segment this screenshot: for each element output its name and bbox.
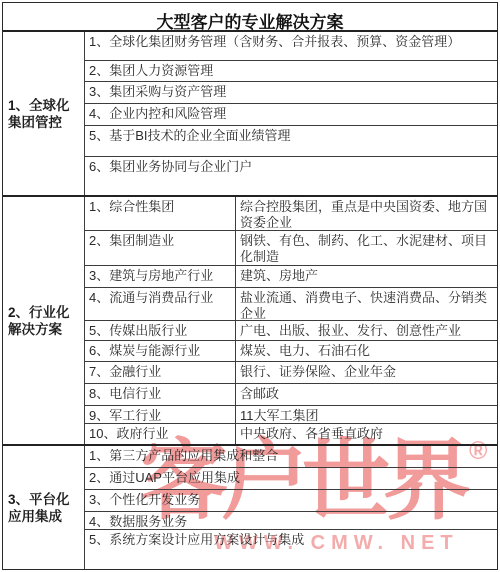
industry-name: 5、传媒出版行业 <box>85 321 235 340</box>
table-row: 3、建筑与房地产行业 建筑、房地产 <box>85 266 497 288</box>
table-row: 3、个性化开发业务 <box>85 490 497 512</box>
table-row: 9、军工行业 11大军工集团 <box>85 406 497 424</box>
solution-item: 3、集团采购与资产管理 <box>85 82 497 103</box>
solution-item: 1、全球化集团财务管理（含财务、合并报表、预算、资金管理） <box>85 32 497 60</box>
section-platform-integration: 3、平台化应用集成 1、第三方产品的应用集成和整合 2、通过UAP平台应用集成 … <box>3 446 497 569</box>
solution-item: 5、系统方案设计应用方案设计与集成 <box>85 530 497 569</box>
industry-detail: 广电、出版、报业、发行、创意性产业 <box>235 321 497 340</box>
table-row: 1、综合性集团 综合控股集团，重点是中央国资委、地方国资委企业 <box>85 197 497 231</box>
industry-detail: 中央政府、各省垂直政府 <box>235 424 497 444</box>
section-global-group-control: 1、全球化集团管控 1、全球化集团财务管理（含财务、合并报表、预算、资金管理） … <box>3 32 497 197</box>
industry-name: 9、军工行业 <box>85 406 235 423</box>
industry-name: 7、金融行业 <box>85 362 235 383</box>
page: 客户世界 ® WWW. CMW. NET 大型客户的专业解决方案 1、全球化集团… <box>0 0 500 572</box>
industry-name: 6、煤炭与能源行业 <box>85 341 235 361</box>
table-row: 4、企业内控和风险管理 <box>85 104 497 126</box>
industry-detail: 钢铁、有色、制药、化工、水泥建材、项目化制造 <box>235 231 497 265</box>
industry-name: 10、政府行业 <box>85 424 235 444</box>
industry-detail: 银行、证券保险、企业年金 <box>235 362 497 383</box>
table-row: 7、金融行业 银行、证券保险、企业年金 <box>85 362 497 384</box>
solution-item: 1、第三方产品的应用集成和整合 <box>85 446 497 467</box>
industry-detail: 煤炭、电力、石油石化 <box>235 341 497 361</box>
section-1-rows: 1、全球化集团财务管理（含财务、合并报表、预算、资金管理） 2、集团人力资源管理… <box>85 32 497 195</box>
section-industry-solutions: 2、行业化解决方案 1、综合性集团 综合控股集团，重点是中央国资委、地方国资委企… <box>3 197 497 446</box>
industry-detail: 建筑、房地产 <box>235 266 497 287</box>
solution-item: 6、集团业务协同与企业门户 <box>85 157 497 195</box>
table-row: 8、电信行业 含邮政 <box>85 384 497 406</box>
table-row: 2、集团人力资源管理 <box>85 61 497 82</box>
industry-name: 2、集团制造业 <box>85 231 235 265</box>
table-row: 6、集团业务协同与企业门户 <box>85 157 497 195</box>
table-row: 2、集团制造业 钢铁、有色、制药、化工、水泥建材、项目化制造 <box>85 231 497 266</box>
section-3-rows: 1、第三方产品的应用集成和整合 2、通过UAP平台应用集成 3、个性化开发业务 … <box>85 446 497 569</box>
industry-name: 1、综合性集团 <box>85 197 235 230</box>
solution-item: 5、基于BI技术的企业全面业绩管理 <box>85 126 497 156</box>
table-row: 5、系统方案设计应用方案设计与集成 <box>85 530 497 569</box>
table-row: 4、数据服务业务 <box>85 512 497 530</box>
solutions-table: 大型客户的专业解决方案 1、全球化集团管控 1、全球化集团财务管理（含财务、合并… <box>2 2 498 570</box>
industry-name: 8、电信行业 <box>85 384 235 405</box>
industry-detail: 11大军工集团 <box>235 406 497 423</box>
section-1-label-cell: 1、全球化集团管控 <box>3 32 85 195</box>
section-2-rows: 1、综合性集团 综合控股集团，重点是中央国资委、地方国资委企业 2、集团制造业 … <box>85 197 497 444</box>
solution-item: 4、企业内控和风险管理 <box>85 104 497 125</box>
table-title: 大型客户的专业解决方案 <box>3 3 497 32</box>
solution-item: 2、集团人力资源管理 <box>85 61 497 81</box>
section-3-label-cell: 3、平台化应用集成 <box>3 446 85 569</box>
section-1-label: 1、全球化集团管控 <box>3 97 74 131</box>
table-row: 1、全球化集团财务管理（含财务、合并报表、预算、资金管理） <box>85 32 497 61</box>
table-row: 5、基于BI技术的企业全面业绩管理 <box>85 126 497 157</box>
table-row: 1、第三方产品的应用集成和整合 <box>85 446 497 468</box>
table-row: 10、政府行业 中央政府、各省垂直政府 <box>85 424 497 444</box>
industry-detail: 含邮政 <box>235 384 497 405</box>
table-row: 6、煤炭与能源行业 煤炭、电力、石油石化 <box>85 341 497 362</box>
industry-name: 3、建筑与房地产行业 <box>85 266 235 287</box>
table-row: 3、集团采购与资产管理 <box>85 82 497 104</box>
industry-detail: 综合控股集团，重点是中央国资委、地方国资委企业 <box>235 197 497 230</box>
table-row: 2、通过UAP平台应用集成 <box>85 468 497 490</box>
solution-item: 3、个性化开发业务 <box>85 490 497 511</box>
industry-name: 4、流通与消费品行业 <box>85 288 235 320</box>
section-3-label: 3、平台化应用集成 <box>3 491 74 525</box>
table-row: 4、流通与消费品行业 盐业流通、消费电子、快速消费品、分销类企业 <box>85 288 497 321</box>
section-2-label: 2、行业化解决方案 <box>3 304 74 338</box>
section-2-label-cell: 2、行业化解决方案 <box>3 197 85 444</box>
industry-detail: 盐业流通、消费电子、快速消费品、分销类企业 <box>235 288 497 320</box>
solution-item: 4、数据服务业务 <box>85 512 497 529</box>
solution-item: 2、通过UAP平台应用集成 <box>85 468 497 489</box>
table-row: 5、传媒出版行业 广电、出版、报业、发行、创意性产业 <box>85 321 497 341</box>
